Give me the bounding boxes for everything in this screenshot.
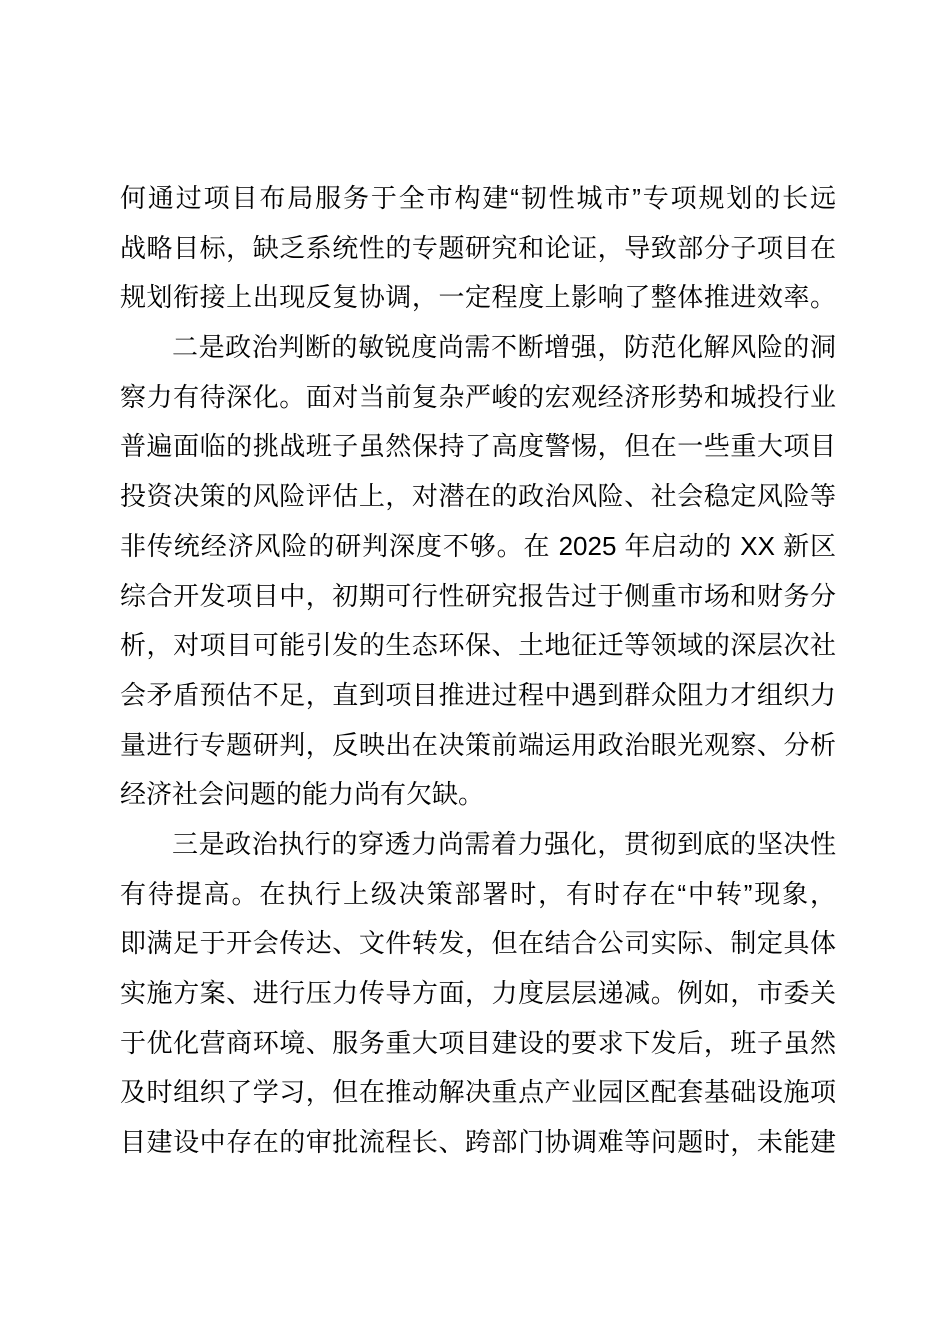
- document-page: 何通过项目布局服务于全市构建“韧性城市”专项规划的长远 战略目标，缺乏系统性的专…: [0, 0, 950, 1344]
- text-line: 即满足于开会传达、文件转发，但在结合公司实际、制定具体: [120, 919, 836, 969]
- text-line: 投资决策的风险评估上，对潜在的政治风险、社会稳定风险等: [120, 472, 836, 522]
- text-line: 析，对项目可能引发的生态环保、土地征迁等领域的深层次社: [120, 621, 836, 671]
- text-line: 普遍面临的挑战班子虽然保持了高度警惕，但在一些重大项目: [120, 422, 836, 472]
- text-line: 非传统经济风险的研判深度不够。在 2025 年启动的 XX 新区: [120, 522, 836, 572]
- text-line: 目建设中存在的审批流程长、跨部门协调难等问题时，未能建: [120, 1118, 836, 1168]
- document-text: 何通过项目布局服务于全市构建“韧性城市”专项规划的长远 战略目标，缺乏系统性的专…: [120, 174, 836, 1168]
- text-line: 察力有待深化。面对当前复杂严峻的宏观经济形势和城投行业: [120, 373, 836, 423]
- text-line: 实施方案、进行压力传导方面，力度层层递减。例如，市委关: [120, 969, 836, 1019]
- text-line: 有待提高。在执行上级决策部署时，有时存在“中转”现象，: [120, 870, 836, 920]
- text-line: 会矛盾预估不足，直到项目推进过程中遇到群众阻力才组织力: [120, 671, 836, 721]
- text-line: 经济社会问题的能力尚有欠缺。: [120, 770, 836, 820]
- text-line: 战略目标，缺乏系统性的专题研究和论证，导致部分子项目在: [120, 224, 836, 274]
- text-line: 三是政治执行的穿透力尚需着力强化，贯彻到底的坚决性: [120, 820, 836, 870]
- text-line: 综合开发项目中，初期可行性研究报告过于侧重市场和财务分: [120, 572, 836, 622]
- text-line: 二是政治判断的敏锐度尚需不断增强，防范化解风险的洞: [120, 323, 836, 373]
- text-line: 规划衔接上出现反复协调，一定程度上影响了整体推进效率。: [120, 273, 836, 323]
- text-line: 及时组织了学习，但在推动解决重点产业园区配套基础设施项: [120, 1068, 836, 1118]
- text-line: 何通过项目布局服务于全市构建“韧性城市”专项规划的长远: [120, 174, 836, 224]
- text-line: 量进行专题研判，反映出在决策前端运用政治眼光观察、分析: [120, 721, 836, 771]
- text-line: 于优化营商环境、服务重大项目建设的要求下发后，班子虽然: [120, 1019, 836, 1069]
